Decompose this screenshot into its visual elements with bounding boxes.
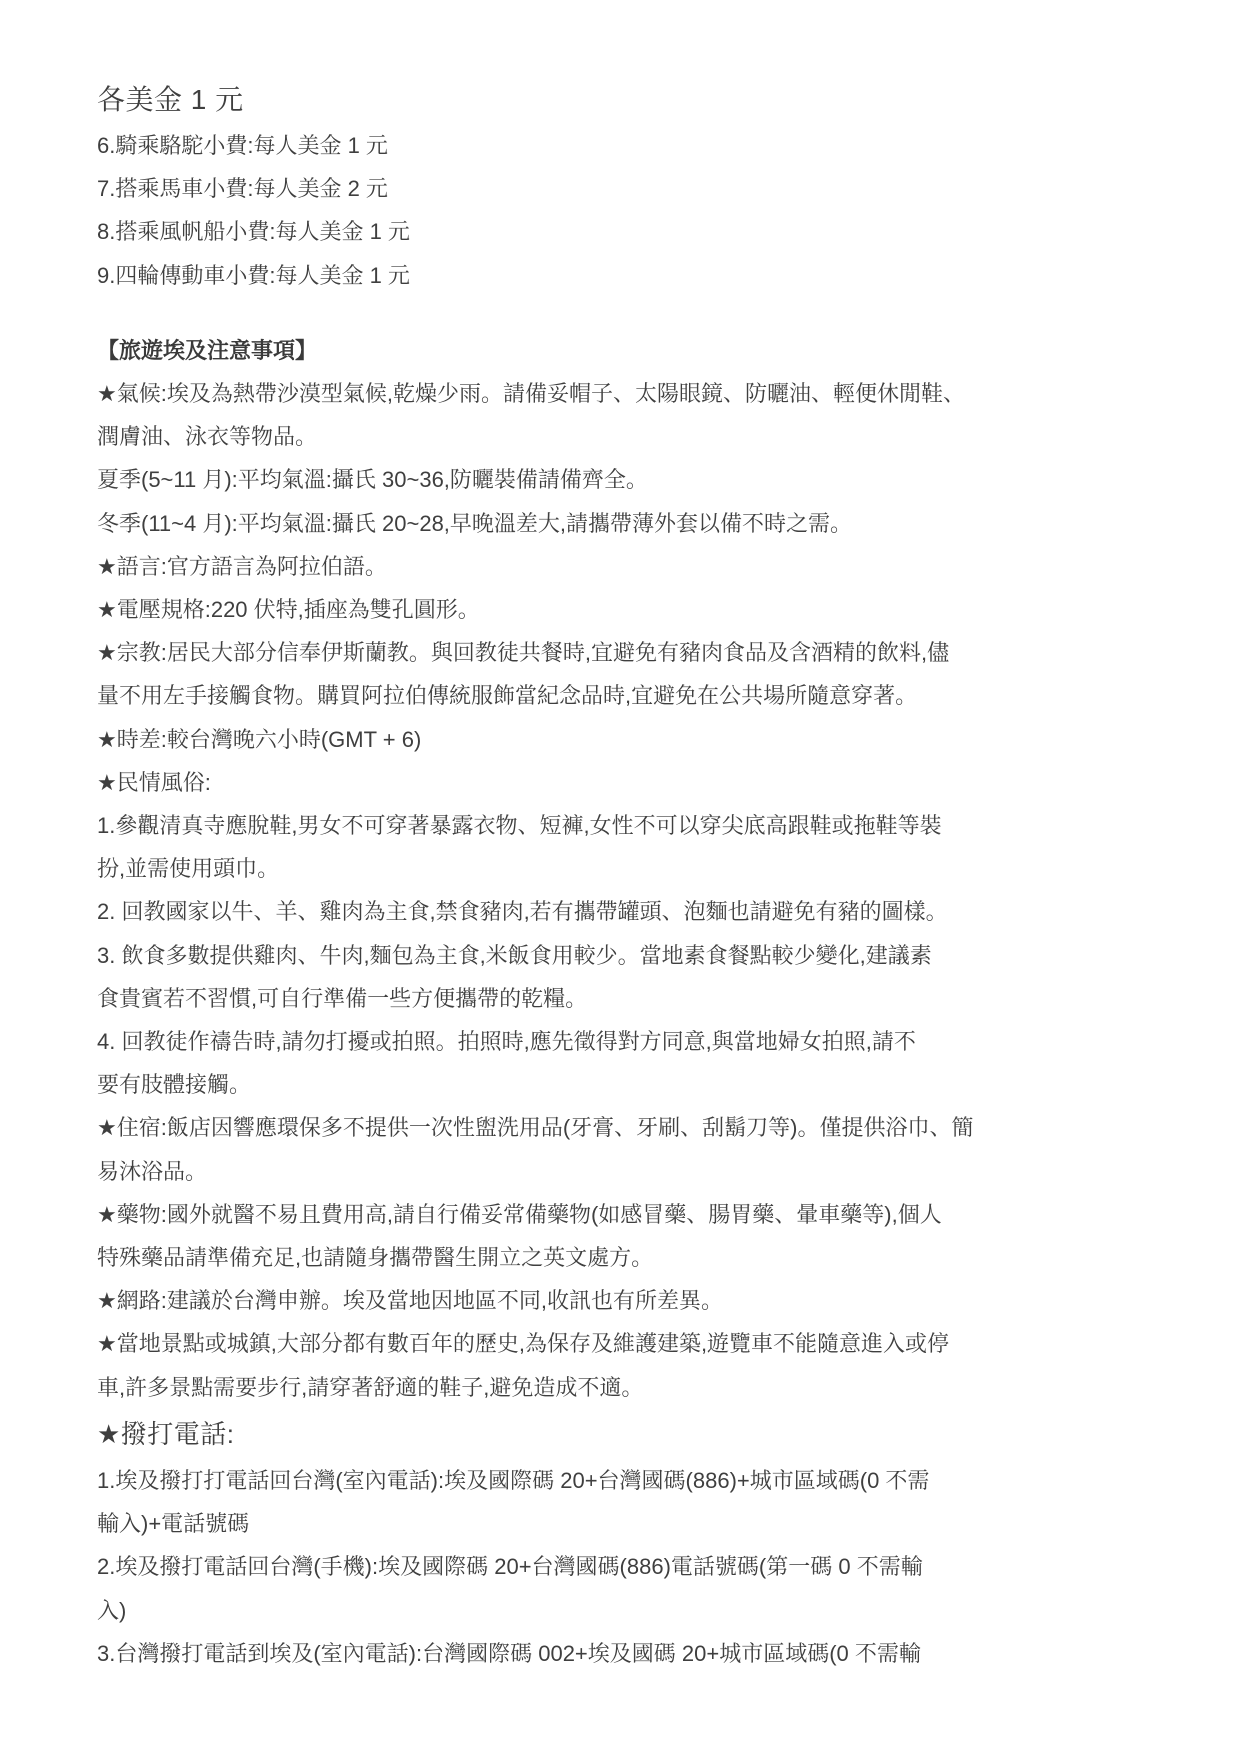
text-line: ★電壓規格:220 伏特,插座為雙孔圓形。 [97,588,1197,631]
text-line: 7.搭乘馬車小費:每人美金 2 元 [97,167,1197,210]
text-line: 1.參觀清真寺應脫鞋,男女不可穿著暴露衣物、短褲,女性不可以穿尖底高跟鞋或拖鞋等… [97,804,1197,847]
text-line: 4. 回教徒作禱告時,請勿打擾或拍照。拍照時,應先徵得對方同意,與當地婦女拍照,… [97,1020,1197,1063]
text-line: ★時差:較台灣晚六小時(GMT + 6) [97,718,1197,761]
tipping-list: 6.騎乘駱駝小費:每人美金 1 元7.搭乘馬車小費:每人美金 2 元8.搭乘風帆… [97,124,1197,297]
text-line: 輸入)+電話號碼 [97,1502,1197,1545]
text-line: 入) [97,1589,1197,1632]
text-line: ★住宿:飯店因響應環保多不提供一次性盥洗用品(牙膏、牙刷、刮鬍刀等)。僅提供浴巾… [97,1106,1197,1149]
text-line: 3.台灣撥打電話到埃及(室內電話):台灣國際碼 002+埃及國碼 20+城市區域… [97,1632,1197,1675]
text-line: 車,許多景點需要步行,請穿著舒適的鞋子,避免造成不適。 [97,1366,1197,1409]
notice-body: ★氣候:埃及為熱帶沙漠型氣候,乾燥少雨。請備妥帽子、太陽眼鏡、防曬油、輕便休閒鞋… [97,372,1197,1409]
text-line: 易沐浴品。 [97,1150,1197,1193]
text-line: 9.四輪傳動車小費:每人美金 1 元 [97,254,1197,297]
text-line: 特殊藥品請準備充足,也請隨身攜帶醫生開立之英文處方。 [97,1236,1197,1279]
text-line: ★撥打電話: [97,1409,1197,1459]
text-line: 夏季(5~11 月):平均氣溫:攝氏 30~36,防曬裝備請備齊全。 [97,458,1197,501]
phone-dialing-heading: ★撥打電話: [97,1409,1197,1459]
text-line: 1.埃及撥打打電話回台灣(室內電話):埃及國際碼 20+台灣國碼(886)+城市… [97,1459,1197,1502]
text-line: 量不用左手接觸食物。購買阿拉伯傳統服飾當紀念品時,宜避免在公共場所隨意穿著。 [97,674,1197,717]
text-line: ★當地景點或城鎮,大部分都有數百年的歷史,為保存及維護建築,遊覽車不能隨意進入或… [97,1322,1197,1365]
tips-amount-heading: 各美金 1 元 [97,76,1197,124]
text-line: 3. 飲食多數提供雞肉、牛肉,麵包為主食,米飯食用較少。當地素食餐點較少變化,建… [97,934,1197,977]
text-line: ★宗教:居民大部分信奉伊斯蘭教。與回教徒共餐時,宜避免有豬肉食品及含酒精的飲料,… [97,631,1197,674]
text-line: ★民情風俗: [97,761,1197,804]
text-line: 冬季(11~4 月):平均氣溫:攝氏 20~28,早晚溫差大,請攜帶薄外套以備不… [97,502,1197,545]
phone-dialing-body: 1.埃及撥打打電話回台灣(室內電話):埃及國際碼 20+台灣國碼(886)+城市… [97,1459,1197,1675]
text-line: 潤膚油、泳衣等物品。 [97,415,1197,458]
text-line: 【旅遊埃及注意事項】 [97,329,1197,372]
section-gap [97,297,1197,329]
text-line: 食貴賓若不習慣,可自行準備一些方便攜帶的乾糧。 [97,977,1197,1020]
text-line: ★氣候:埃及為熱帶沙漠型氣候,乾燥少雨。請備妥帽子、太陽眼鏡、防曬油、輕便休閒鞋… [97,372,1197,415]
text-line: 8.搭乘風帆船小費:每人美金 1 元 [97,210,1197,253]
text-line: 扮,並需使用頭巾。 [97,847,1197,890]
text-line: ★網路:建議於台灣申辦。埃及當地因地區不同,收訊也有所差異。 [97,1279,1197,1322]
text-line: 2. 回教國家以牛、羊、雞肉為主食,禁食豬肉,若有攜帶罐頭、泡麵也請避免有豬的圖… [97,890,1197,933]
text-line: ★藥物:國外就醫不易且費用高,請自行備妥常備藥物(如感冒藥、腸胃藥、暈車藥等),… [97,1193,1197,1236]
text-line: 各美金 1 元 [97,76,1197,124]
text-line: 要有肢體接觸。 [97,1063,1197,1106]
document-content: 各美金 1 元6.騎乘駱駝小費:每人美金 1 元7.搭乘馬車小費:每人美金 2 … [97,76,1197,1675]
text-line: 6.騎乘駱駝小費:每人美金 1 元 [97,124,1197,167]
text-line: 2.埃及撥打電話回台灣(手機):埃及國際碼 20+台灣國碼(886)電話號碼(第… [97,1545,1197,1588]
document-page: 各美金 1 元6.騎乘駱駝小費:每人美金 1 元7.搭乘馬車小費:每人美金 2 … [0,0,1241,1755]
notice-section-title: 【旅遊埃及注意事項】 [97,329,1197,372]
text-line: ★語言:官方語言為阿拉伯語。 [97,545,1197,588]
